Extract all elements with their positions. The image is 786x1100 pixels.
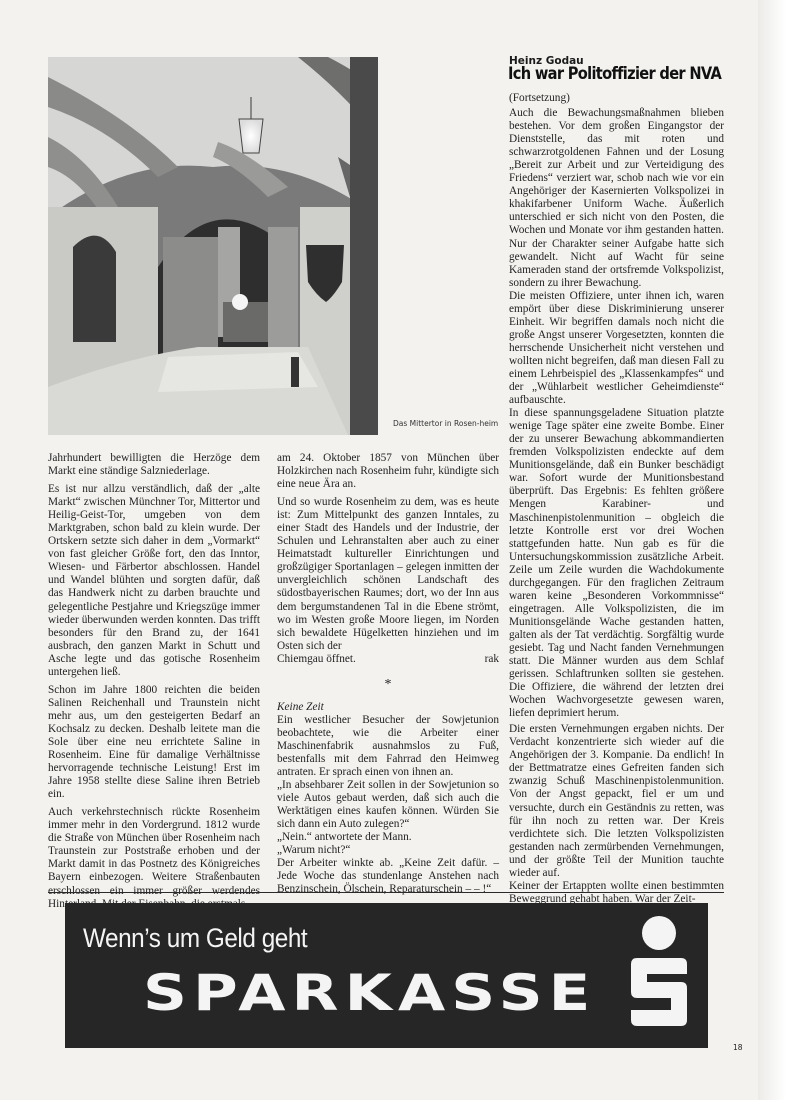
page-edge [758, 0, 786, 1100]
paragraph: Schon im Jahre 1800 reichten die beiden … [48, 684, 260, 801]
anecdote-line: „In absehbarer Zeit sollen in der Sowjet… [277, 779, 499, 831]
paragraph: Es ist nur allzu verständlich, daß der „… [48, 483, 260, 679]
anecdote-title: Keine Zeit [277, 701, 499, 714]
anecdote-line: „Warum nicht?“ [277, 844, 499, 857]
article-subtitle: (Fortsetzung) [509, 92, 724, 105]
mittertor-photo [48, 57, 378, 435]
author-initials: rak [485, 653, 499, 666]
closing-line: Chiemgau öffnet. [277, 653, 356, 666]
paragraph: In diese spannungsgeladene Situation pla… [509, 407, 724, 720]
sparkasse-advertisement: Wenn’s um Geld geht SPARKASSE [65, 903, 708, 1048]
horizontal-divider [48, 892, 724, 893]
gate-archway-image [48, 57, 378, 435]
article-headline: Ich war Politoffizier der NVA [508, 64, 706, 84]
paragraph: Auch die Bewachungsmaßnahmen blieben bes… [509, 107, 724, 290]
paragraph: Auch verkehrstechnisch rückte Rosenheim … [48, 806, 260, 910]
anecdote-line: „Nein.“ antwortete der Mann. [277, 831, 499, 844]
paragraph: Jahrhundert bewilligten die Herzöge dem … [48, 452, 260, 478]
ad-slogan: Wenn’s um Geld geht [83, 923, 307, 954]
ad-brand-name: SPARKASSE [143, 965, 596, 1021]
photo-caption: Das Mittertor in Rosen-heim [393, 419, 503, 428]
anecdote-line: Ein westlicher Besucher der Sowjetunion … [277, 714, 499, 779]
paragraph: am 24. Oktober 1857 von München über Hol… [277, 452, 499, 491]
article-column-middle: am 24. Oktober 1857 von München über Hol… [277, 452, 499, 897]
paragraph: Und so wurde Rosenheim zu dem, was es he… [277, 496, 499, 653]
article-column-left: Jahrhundert bewilligten die Herzöge dem … [48, 452, 260, 916]
section-separator: * [277, 678, 499, 691]
page-number: 18 [733, 1043, 743, 1052]
article-column-right: (Fortsetzung) Auch die Bewachungsmaßnahm… [509, 92, 724, 906]
sparkasse-s-logo-icon [628, 912, 690, 1032]
paragraph: Die meisten Offiziere, unter ihnen ich, … [509, 290, 724, 407]
paragraph: Die ersten Vernehmungen ergaben nichts. … [509, 723, 724, 880]
article-signoff: Chiemgau öffnet. rak [277, 653, 499, 666]
anecdote-line: Der Arbeiter winkte ab. „Keine Zeit dafü… [277, 857, 499, 896]
